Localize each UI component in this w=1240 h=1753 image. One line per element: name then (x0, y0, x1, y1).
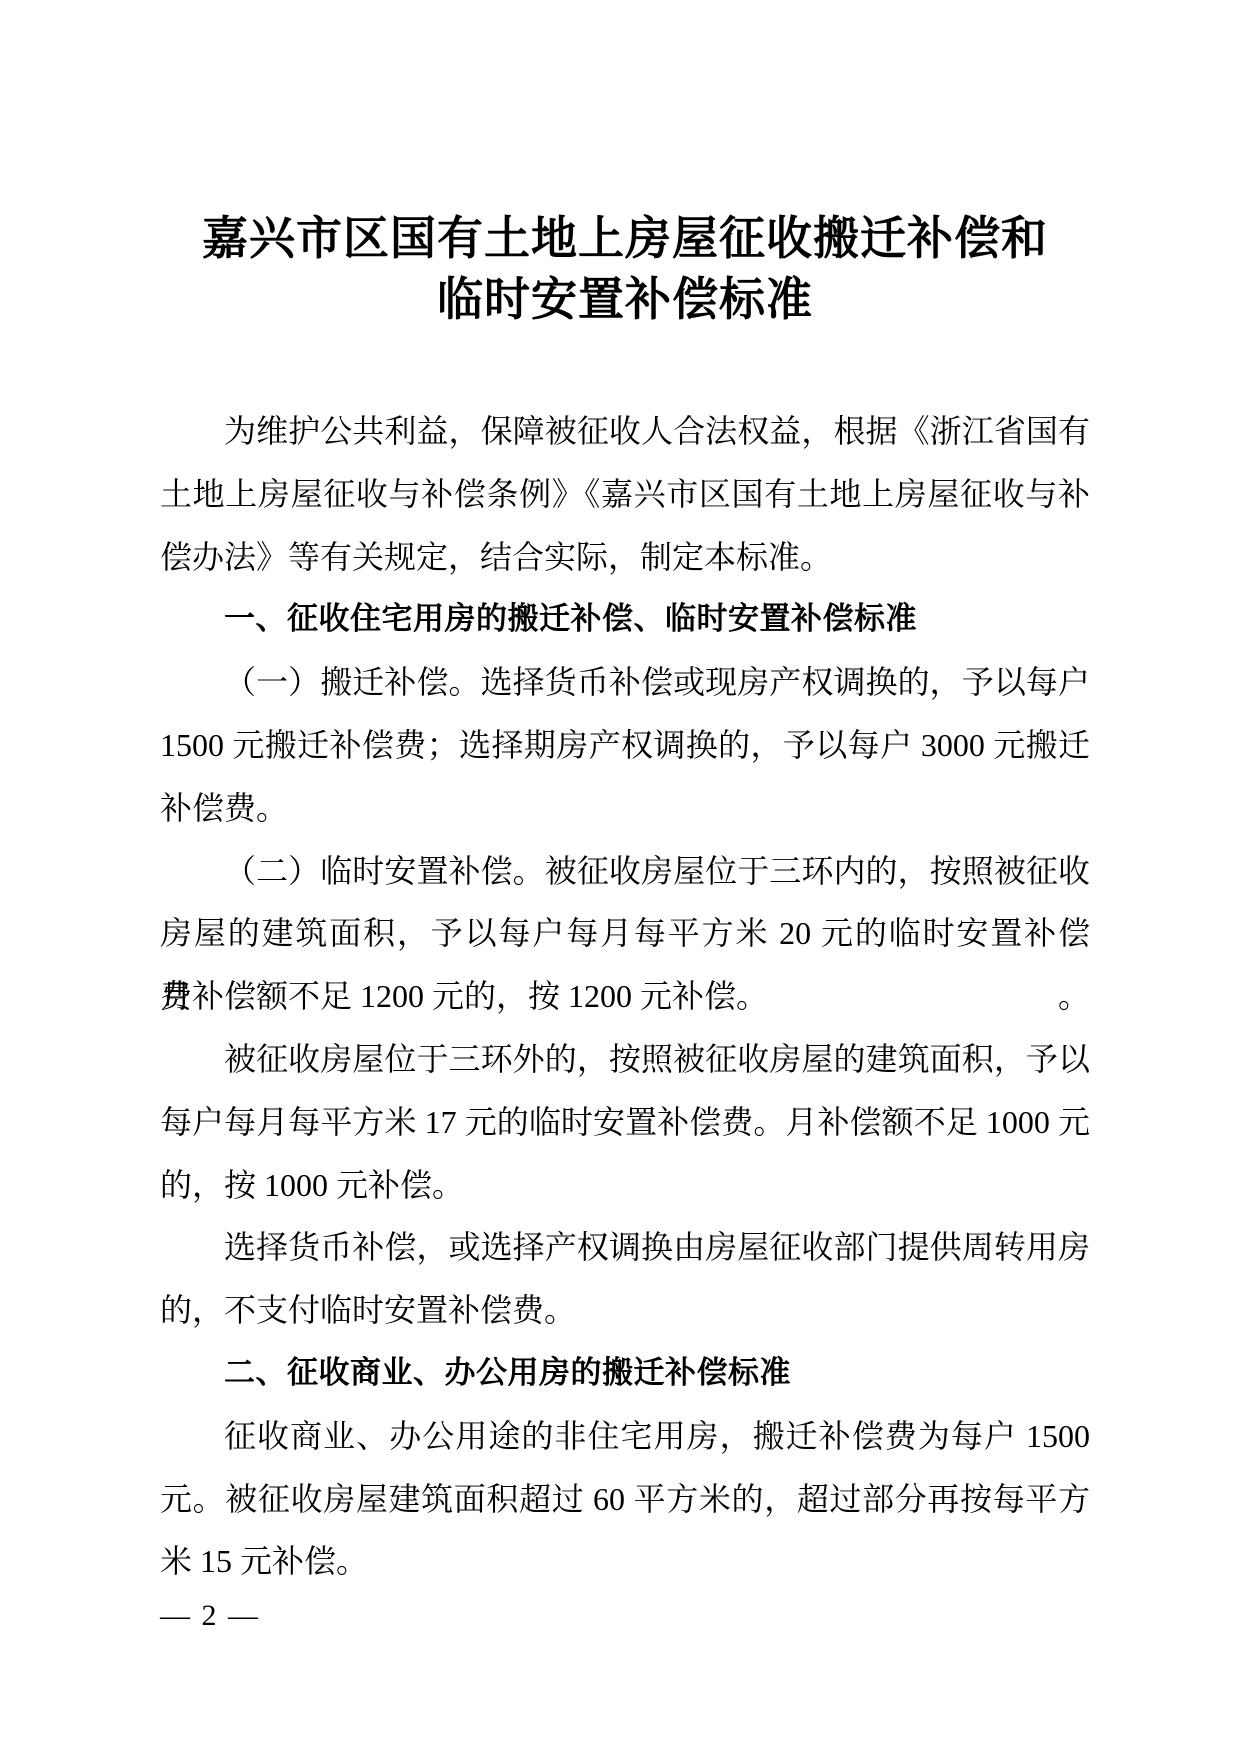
page-number: — 2 — (160, 1596, 260, 1636)
body-line: 房屋的建筑面积，予以每户每月每平方米 20 元的临时安置补偿费。 (160, 902, 1090, 965)
body-line: 土地上房屋征收与补偿条例》《嘉兴市区国有土地上房屋征收与补 (160, 463, 1090, 526)
document-title-line: 临时安置补偿标准 (160, 269, 1090, 330)
body-line: 补偿费。 (160, 777, 1090, 840)
body-line: （二）临时安置补偿。被征收房屋位于三环内的，按照被征收 (160, 840, 1090, 903)
body-line: 元。被征收房屋建筑面积超过 60 平方米的，超过部分再按每平方 (160, 1468, 1090, 1531)
body-line: （一）搬迁补偿。选择货币补偿或现房产权调换的，予以每户 (160, 651, 1090, 714)
body-line: 为维护公共利益，保障被征收人合法权益，根据《浙江省国有 (160, 400, 1090, 463)
body-line: 的，不支付临时安置补偿费。 (160, 1279, 1090, 1342)
document-body: 为维护公共利益，保障被征收人合法权益，根据《浙江省国有土地上房屋征收与补偿条例》… (160, 400, 1090, 1593)
body-line: 1500 元搬迁补偿费；选择期房产权调换的，予以每户 3000 元搬迁 (160, 714, 1090, 777)
section-heading: 一、征收住宅用房的搬迁补偿、临时安置补偿标准 (160, 588, 1090, 651)
body-line: 每户每月每平方米 17 元的临时安置补偿费。月补偿额不足 1000 元 (160, 1091, 1090, 1154)
section-heading: 二、征收商业、办公用房的搬迁补偿标准 (160, 1342, 1090, 1405)
body-line: 偿办法》等有关规定，结合实际，制定本标准。 (160, 526, 1090, 589)
body-line: 选择货币补偿，或选择产权调换由房屋征收部门提供周转用房 (160, 1216, 1090, 1279)
body-line: 米 15 元补偿。 (160, 1530, 1090, 1593)
document-title-line: 嘉兴市区国有土地上房屋征收搬迁补偿和 (160, 208, 1090, 269)
document-page: 嘉兴市区国有土地上房屋征收搬迁补偿和临时安置补偿标准 为维护公共利益，保障被征收… (0, 0, 1240, 1753)
body-line: 征收商业、办公用途的非住宅用房，搬迁补偿费为每户 1500 (160, 1405, 1090, 1468)
document-title: 嘉兴市区国有土地上房屋征收搬迁补偿和临时安置补偿标准 (160, 208, 1090, 330)
body-line: 的，按 1000 元补偿。 (160, 1154, 1090, 1217)
body-line: 被征收房屋位于三环外的，按照被征收房屋的建筑面积，予以 (160, 1028, 1090, 1091)
